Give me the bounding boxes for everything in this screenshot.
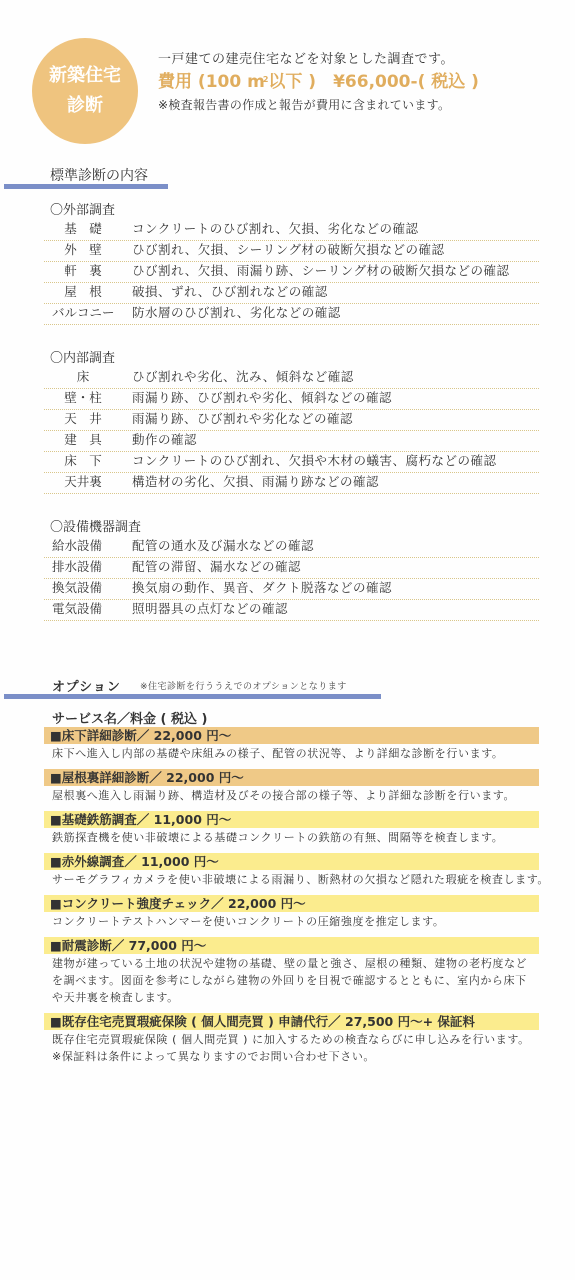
option-description: を調べます。図面を参考にしながら建物の外回りを目視で確認するとともに、室内から床…	[52, 972, 552, 989]
badge-line-1: 新築住宅	[49, 61, 121, 91]
inspection-item-description: 配管の滞留、漏水などの確認	[132, 557, 301, 577]
inspection-item-label: 壁・柱	[44, 388, 122, 408]
inspection-row: 壁・柱雨漏り跡、ひび割れや劣化、傾斜などの確認	[44, 388, 539, 410]
option-description: サーモグラフィカメラを使い非破壊による雨漏り、断熱材の欠損など隠れた瑕疵を検査し…	[52, 871, 552, 888]
option-title: ■コンクリート強度チェック／ 22,000 円～	[44, 896, 306, 911]
hero-note: ※検査報告書の作成と報告が費用に含まれています。	[158, 96, 479, 113]
inspection-row: 外 壁ひび割れ、欠損、シーリング材の破断欠損などの確認	[44, 240, 539, 262]
inspection-item-description: ひび割れや劣化、沈み、傾斜など確認	[132, 367, 354, 387]
price-prefix: 費用 (100 m	[158, 72, 265, 92]
inspection-row: 電気設備照明器具の点灯などの確認	[44, 599, 539, 621]
inspection-row: 排水設備配管の滞留、漏水などの確認	[44, 557, 539, 579]
inspection-row: 屋 根破損、ずれ、ひび割れなどの確認	[44, 282, 539, 304]
option-title: ■既存住宅売買瑕疵保険 ( 個人間売買 ) 申請代行／ 27,500 円～+ 保…	[44, 1014, 475, 1029]
inspection-item-description: ひび割れ、欠損、雨漏り跡、シーリング材の破断欠損などの確認	[132, 261, 510, 281]
option-title-bar: ■既存住宅売買瑕疵保険 ( 個人間売買 ) 申請代行／ 27,500 円～+ 保…	[44, 1013, 539, 1030]
inspection-row: 天井裏構造材の劣化、欠損、雨漏り跡などの確認	[44, 472, 539, 494]
inspection-item-label: 基 礎	[44, 219, 122, 239]
option-title-bar: ■床下詳細診断／ 22,000 円～	[44, 727, 539, 744]
inspection-item-label: 天井裏	[44, 472, 122, 492]
service-badge: 新築住宅 診断	[32, 38, 138, 144]
option-title: ■耐震診断／ 77,000 円～	[44, 938, 206, 953]
inspection-row: 床 下コンクリートのひび割れ、欠損や木材の蟻害、腐朽などの確認	[44, 451, 539, 473]
inspection-item-label: 軒 裏	[44, 261, 122, 281]
option-description: や天井裏を検査します。	[52, 989, 552, 1006]
option-title-bar: ■耐震診断／ 77,000 円～	[44, 937, 539, 954]
inspection-item-label: 給水設備	[52, 536, 130, 556]
inspection-item-label: 床 下	[44, 451, 122, 471]
inspection-item-description: 雨漏り跡、ひび割れや劣化などの確認	[132, 409, 353, 429]
inspection-item-description: 照明器具の点灯などの確認	[132, 599, 288, 619]
inspection-row: 基 礎コンクリートのひび割れ、欠損、劣化などの確認	[44, 219, 539, 241]
price-suffix: 以下 ) ¥66,000-( 税込 )	[268, 72, 479, 92]
inspection-row: 給水設備配管の通水及び漏水などの確認	[44, 536, 539, 558]
options-heading: オプション	[52, 676, 121, 695]
badge-line-2: 診断	[67, 91, 103, 121]
inspection-row: 床ひび割れや劣化、沈み、傾斜など確認	[44, 367, 539, 389]
options-heading-bar	[4, 694, 381, 699]
option-title-bar: ■基礎鉄筋調査／ 11,000 円～	[44, 811, 539, 828]
service-price-header: サービス名／料金 ( 税込 )	[52, 708, 207, 727]
group-title: 〇設備機器調査	[50, 516, 141, 535]
inspection-row: バルコニー防水層のひび割れ、劣化などの確認	[44, 303, 539, 325]
inspection-item-label: バルコニー	[52, 303, 130, 323]
inspection-item-description: 破損、ずれ、ひび割れなどの確認	[132, 282, 328, 302]
inspection-item-label: 排水設備	[52, 557, 130, 577]
option-description: 鉄筋探査機を使い非破壊による基礎コンクリートの鉄筋の有無、間隔等を検査します。	[52, 829, 552, 846]
hero-info: 一戸建ての建売住宅などを対象とした調査です。 費用 (100 m2以下 ) ¥6…	[158, 48, 479, 113]
option-title: ■基礎鉄筋調査／ 11,000 円～	[44, 812, 231, 827]
inspection-item-label: 電気設備	[52, 599, 130, 619]
inspection-item-label: 建 具	[44, 430, 122, 450]
inspection-row: 天 井雨漏り跡、ひび割れや劣化などの確認	[44, 409, 539, 431]
standard-heading-bar	[4, 184, 168, 189]
price-superscript: 2	[263, 75, 269, 84]
inspection-row: 建 具動作の確認	[44, 430, 539, 452]
inspection-item-description: 換気扇の動作、異音、ダクト脱落などの確認	[132, 578, 392, 598]
option-description: 床下へ進入し内部の基礎や床組みの様子、配管の状況等、より詳細な診断を行います。	[52, 745, 552, 762]
inspection-item-label: 床	[44, 367, 122, 387]
option-title: ■屋根裏詳細診断／ 22,000 円～	[44, 770, 244, 785]
inspection-item-description: 構造材の劣化、欠損、雨漏り跡などの確認	[132, 472, 379, 492]
option-title-bar: ■屋根裏詳細診断／ 22,000 円～	[44, 769, 539, 786]
inspection-item-description: 動作の確認	[132, 430, 197, 450]
option-description: ※保証料は条件によって異なりますのでお問い合わせ下さい。	[52, 1048, 552, 1065]
option-description: 既存住宅売買瑕疵保険 ( 個人間売買 ) に加入するための検査ならびに申し込みを…	[52, 1031, 552, 1048]
group-title: 〇内部調査	[50, 347, 115, 366]
hero-description: 一戸建ての建売住宅などを対象とした調査です。	[158, 48, 479, 68]
group-title: 〇外部調査	[50, 199, 115, 218]
inspection-item-description: コンクリートのひび割れ、欠損、劣化などの確認	[132, 219, 419, 239]
inspection-item-label: 屋 根	[44, 282, 122, 302]
inspection-item-label: 外 壁	[44, 240, 122, 260]
inspection-item-description: 雨漏り跡、ひび割れや劣化、傾斜などの確認	[132, 388, 392, 408]
option-description: コンクリートテストハンマーを使いコンクリートの圧縮強度を推定します。	[52, 913, 552, 930]
option-title-bar: ■赤外線調査／ 11,000 円～	[44, 853, 539, 870]
inspection-item-description: 防水層のひび割れ、劣化などの確認	[132, 303, 341, 323]
option-title: ■床下詳細診断／ 22,000 円～	[44, 728, 231, 743]
inspection-row: 軒 裏ひび割れ、欠損、雨漏り跡、シーリング材の破断欠損などの確認	[44, 261, 539, 283]
inspection-row: 換気設備換気扇の動作、異音、ダクト脱落などの確認	[44, 578, 539, 600]
inspection-item-description: ひび割れ、欠損、シーリング材の破断欠損などの確認	[132, 240, 445, 260]
option-title-bar: ■コンクリート強度チェック／ 22,000 円～	[44, 895, 539, 912]
inspection-item-description: 配管の通水及び漏水などの確認	[132, 536, 314, 556]
inspection-item-label: 天 井	[44, 409, 122, 429]
options-note: ※住宅診断を行ううえでのオプションとなります	[140, 679, 347, 692]
hero-price: 費用 (100 m2以下 ) ¥66,000-( 税込 )	[158, 68, 479, 96]
option-description: 建物が建っている土地の状況や建物の基礎、壁の量と強さ、屋根の種類、建物の老朽度な…	[52, 955, 552, 972]
option-description: 屋根裏へ進入し雨漏り跡、構造材及びその接合部の様子等、より詳細な診断を行います。	[52, 787, 552, 804]
inspection-item-description: コンクリートのひび割れ、欠損や木材の蟻害、腐朽などの確認	[132, 451, 497, 471]
standard-heading: 標準診断の内容	[50, 165, 148, 185]
option-title: ■赤外線調査／ 11,000 円～	[44, 854, 219, 869]
inspection-item-label: 換気設備	[52, 578, 130, 598]
